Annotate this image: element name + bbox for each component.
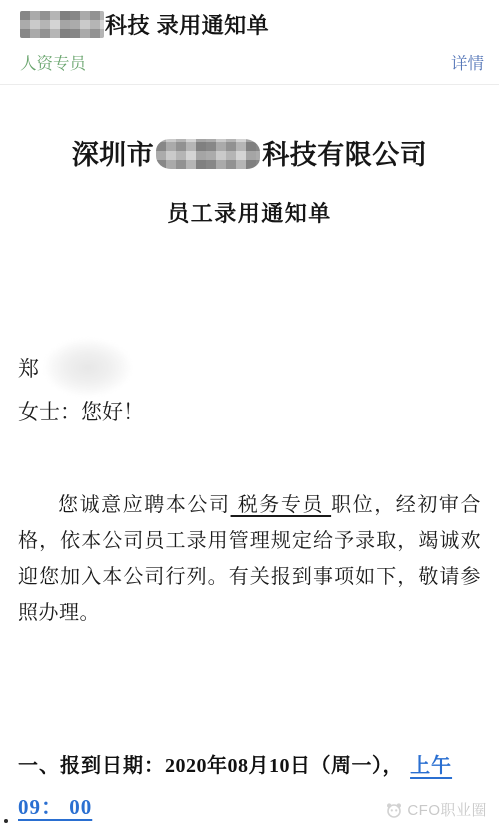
cfo-circle-logo-icon — [385, 802, 403, 818]
letter-body-paragraph: 您诚意应聘本公司 税务专员 职位，经初审合格，依本公司员工录用管理规定给予录取，… — [18, 487, 481, 631]
report-time-link-clock[interactable]: 09： 00 — [18, 795, 92, 819]
watermark-text: CFO职业圈 — [407, 799, 487, 820]
company-suffix: 科技有限公司 — [262, 140, 427, 170]
header-divider — [0, 84, 499, 85]
detail-link[interactable]: 详情 — [451, 50, 484, 74]
report-date-label: 一、报到日期： — [18, 755, 165, 777]
sender-row: 人资专员 详情 — [20, 50, 484, 74]
recipient-surname: 郑 — [18, 358, 39, 381]
watermark: CFO职业圈 — [385, 799, 487, 820]
report-time-link-ampm[interactable]: 上午 — [410, 755, 452, 777]
redacted-recipient-name-smudge — [42, 332, 144, 406]
position-underlined: 税务专员 — [231, 494, 332, 516]
salutation: 郑 女士：您好！ — [18, 348, 481, 434]
company-prefix: 深圳市 — [72, 140, 155, 170]
greeting-line: 女士：您好！ — [18, 401, 144, 424]
mail-title-row: 科技 录用通知单 — [20, 9, 487, 40]
mail-title: 科技 录用通知单 — [105, 9, 269, 40]
company-heading: 深圳市科技有限公司 — [0, 133, 499, 172]
document-title: 员工录用通知单 — [0, 197, 499, 228]
redacted-company-middle-block — [156, 139, 260, 169]
sender-name: 人资专员 — [20, 50, 86, 74]
redacted-company-name-block — [20, 11, 104, 38]
stray-dot — [4, 819, 8, 823]
body-lead: 您诚意应聘本公司 — [58, 494, 231, 516]
mail-preview-screen: 科技 录用通知单 人资专员 详情 深圳市科技有限公司 员工录用通知单 郑 女士：… — [0, 0, 499, 831]
report-date-value: 2020年08月10日（周一） — [165, 755, 383, 777]
report-date-comma: ， — [383, 755, 411, 777]
